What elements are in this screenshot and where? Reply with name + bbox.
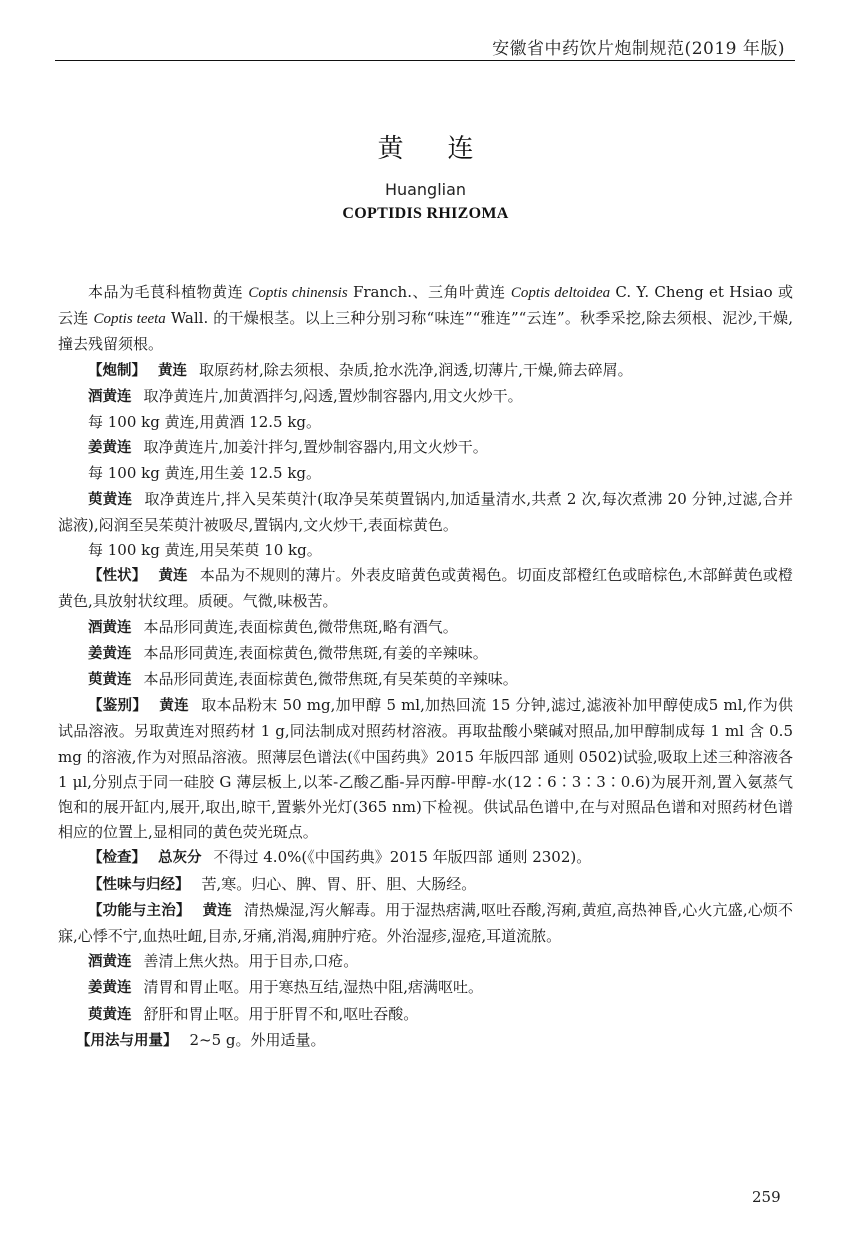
- item-text: 本品形同黄连,表面棕黄色,微带焦斑,有吴茱萸的辛辣味。: [144, 670, 518, 688]
- nature-section: 【性味与归经】苦,寒。归心、脾、胃、肝、胆、大肠经。: [58, 872, 793, 898]
- item-name: 酒黄连: [88, 389, 132, 405]
- item-name: 姜黄连: [88, 980, 132, 996]
- processing-ratio: 每 100 kg 黄连,用吴茱萸 10 kg。: [58, 538, 793, 563]
- title-char-2: 连: [448, 128, 474, 165]
- section-heading: 【功能与主治】: [88, 903, 190, 919]
- function-item: 姜黄连清胃和胃止呕。用于寒热互结,湿热中阻,痞满呕吐。: [58, 975, 793, 1001]
- item-name: 姜黄连: [88, 646, 132, 662]
- section-heading: 【性味与归经】: [88, 877, 190, 893]
- processing-ratio: 每 100 kg 黄连,用生姜 12.5 kg。: [58, 461, 793, 486]
- item-text: 取本品粉末 50 mg,加甲醇 5 ml,加热回流 15 分钟,滤过,滤液补加甲…: [58, 696, 793, 841]
- item-text: 善清上焦火热。用于目赤,口疮。: [144, 952, 359, 970]
- item-name: 姜黄连: [88, 440, 132, 456]
- item-name: 黄连: [159, 698, 189, 714]
- title-char-1: 黄: [377, 128, 403, 165]
- description-item: 萸黄连本品形同黄连,表面棕黄色,微带焦斑,有吴茱萸的辛辣味。: [58, 667, 793, 693]
- section-heading: 【检查】: [88, 850, 146, 866]
- dosage-section: 【用法与用量】2~5 g。外用适量。: [58, 1028, 793, 1054]
- species-name: Coptis chinensis: [248, 285, 347, 301]
- section-heading: 【用法与用量】: [76, 1033, 178, 1049]
- page-title: 黄连: [0, 128, 851, 168]
- monograph-body: 本品为毛茛科植物黄连 Coptis chinensis Franch.、三角叶黄…: [58, 280, 793, 1054]
- intro-text-4: Wall. 的干燥根茎。以上三种分别习称“味连”“雅连”“云连”。秋季采挖,除去…: [58, 309, 793, 353]
- item-text: 本品形同黄连,表面棕黄色,微带焦斑,有姜的辛辣味。: [144, 644, 488, 662]
- section-heading: 【性状】: [88, 568, 146, 584]
- item-text: 取净黄连片,加黄酒拌匀,闷透,置炒制容器内,用文火炒干。: [144, 387, 523, 405]
- intro-paragraph: 本品为毛茛科植物黄连 Coptis chinensis Franch.、三角叶黄…: [58, 280, 793, 358]
- item-text: 2~5 g。外用适量。: [190, 1031, 326, 1049]
- item-name: 萸黄连: [88, 672, 132, 688]
- section-heading: 【鉴别】: [88, 698, 147, 714]
- processing-item: 萸黄连取净黄连片,拌入吴茱萸汁(取净吴茱萸置锅内,加适量清水,共煮 2 次,每次…: [58, 487, 793, 538]
- item-name: 黄连: [202, 903, 231, 919]
- description-item: 姜黄连本品形同黄连,表面棕黄色,微带焦斑,有姜的辛辣味。: [58, 641, 793, 667]
- item-text: 取净黄连片,拌入吴茱萸汁(取净吴茱萸置锅内,加适量清水,共煮 2 次,每次煮沸 …: [58, 490, 793, 534]
- processing-item: 酒黄连取净黄连片,加黄酒拌匀,闷透,置炒制容器内,用文火炒干。: [58, 384, 793, 410]
- item-text: 舒肝和胃止呕。用于肝胃不和,呕吐吞酸。: [144, 1005, 419, 1023]
- item-text: 取原药材,除去须根、杂质,抢水洗净,润透,切薄片,干燥,筛去碎屑。: [199, 361, 633, 379]
- page-number: 259: [752, 1188, 781, 1206]
- item-text: 不得过 4.0%(《中国药典》2015 年版四部 通则 2302)。: [214, 848, 592, 866]
- item-name: 萸黄连: [88, 1007, 132, 1023]
- species-name: Coptis deltoidea: [511, 285, 610, 301]
- running-header: 安徽省中药饮片炮制规范(2019 年版): [55, 30, 795, 61]
- processing-ratio: 每 100 kg 黄连,用黄酒 12.5 kg。: [58, 410, 793, 435]
- section-heading: 【炮制】: [88, 363, 146, 379]
- item-name: 酒黄连: [88, 620, 132, 636]
- item-text: 清胃和胃止呕。用于寒热互结,湿热中阻,痞满呕吐。: [144, 978, 484, 996]
- intro-text-1: 本品为毛茛科植物黄连: [88, 283, 248, 301]
- description-item: 【性状】黄连本品为不规则的薄片。外表皮暗黄色或黄褐色。切面皮部橙红色或暗棕色,木…: [58, 563, 793, 614]
- item-name: 黄连: [158, 363, 187, 379]
- function-item: 萸黄连舒肝和胃止呕。用于肝胃不和,呕吐吞酸。: [58, 1002, 793, 1028]
- inspection-section: 【检查】总灰分不得过 4.0%(《中国药典》2015 年版四部 通则 2302)…: [58, 845, 793, 871]
- function-item: 【功能与主治】黄连清热燥湿,泻火解毒。用于湿热痞满,呕吐吞酸,泻痢,黄疸,高热神…: [58, 898, 793, 949]
- item-text: 取净黄连片,加姜汁拌匀,置炒制容器内,用文火炒干。: [144, 438, 488, 456]
- item-name: 黄连: [158, 568, 187, 584]
- identification-section: 【鉴别】黄连取本品粉末 50 mg,加甲醇 5 ml,加热回流 15 分钟,滤过…: [58, 693, 793, 845]
- item-name: 萸黄连: [88, 492, 132, 508]
- description-item: 酒黄连本品形同黄连,表面棕黄色,微带焦斑,略有酒气。: [58, 615, 793, 641]
- running-header-title: 安徽省中药饮片炮制规范(2019 年版): [492, 34, 785, 59]
- item-text: 苦,寒。归心、脾、胃、肝、胆、大肠经。: [202, 875, 477, 893]
- item-name: 总灰分: [158, 850, 202, 866]
- species-name: Coptis teeta: [93, 311, 165, 327]
- title-latin: COPTIDIS RHIZOMA: [0, 205, 851, 223]
- processing-item: 姜黄连取净黄连片,加姜汁拌匀,置炒制容器内,用文火炒干。: [58, 435, 793, 461]
- intro-text-2: Franch.、三角叶黄连: [348, 283, 511, 301]
- item-text: 本品形同黄连,表面棕黄色,微带焦斑,略有酒气。: [144, 618, 458, 636]
- item-name: 酒黄连: [88, 954, 132, 970]
- title-pinyin: Huanglian: [0, 180, 851, 199]
- processing-item: 【炮制】黄连取原药材,除去须根、杂质,抢水洗净,润透,切薄片,干燥,筛去碎屑。: [58, 358, 793, 384]
- title-block: 黄连 Huanglian COPTIDIS RHIZOMA: [0, 128, 851, 223]
- function-item: 酒黄连善清上焦火热。用于目赤,口疮。: [58, 949, 793, 975]
